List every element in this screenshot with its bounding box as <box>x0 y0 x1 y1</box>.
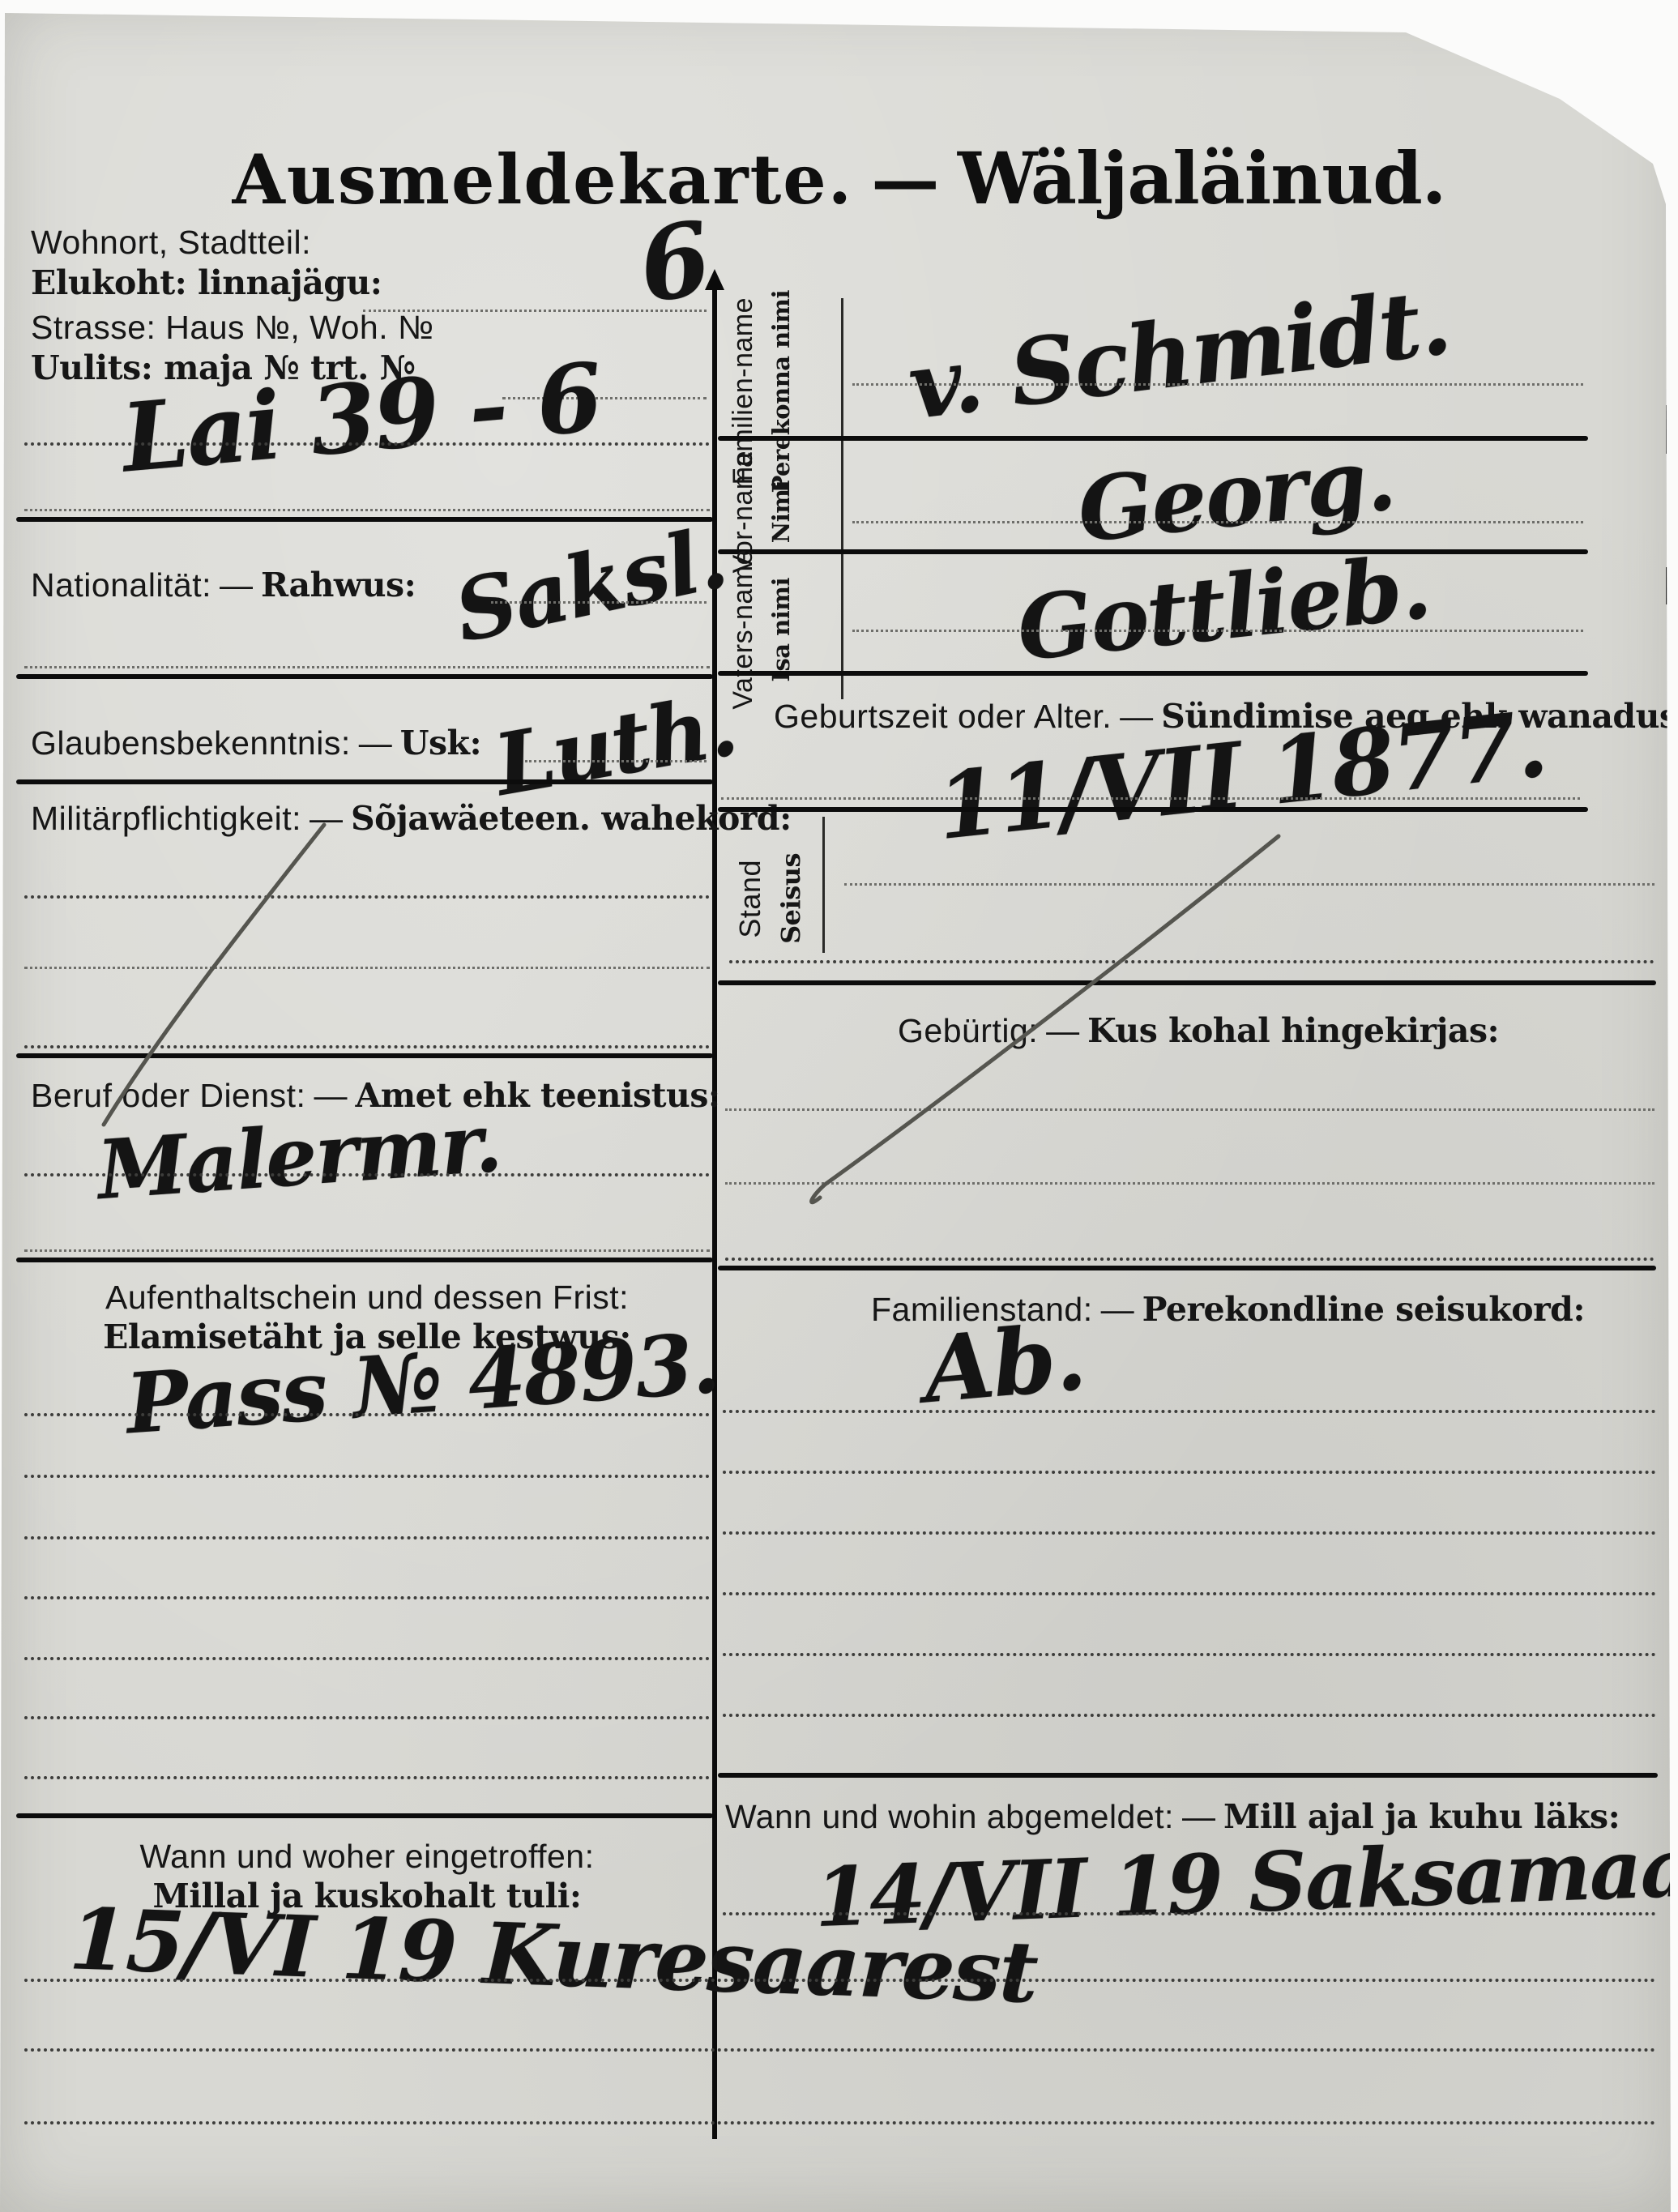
handwriting-nationality: Saksl. <box>446 507 734 661</box>
dotted-line <box>24 1413 710 1416</box>
dotted-line <box>24 1716 710 1719</box>
dotted-line <box>844 883 1655 886</box>
dotted-line <box>24 1045 710 1048</box>
label-dash: — <box>351 724 400 762</box>
handwriting-father-name: Gottlieb. <box>1013 536 1434 681</box>
dotted-line <box>725 1108 1655 1111</box>
dotted-line <box>729 960 1655 963</box>
label-religion-de: Glaubensbekenntnis: <box>31 724 351 762</box>
label-nationality: Nationalität:—Rahwus: <box>31 566 416 604</box>
card-title-estonian: Wäljaläinud. <box>958 136 1446 220</box>
label-dash: — <box>1038 1012 1087 1049</box>
label-military-et: Sõjawäeteen. wahekord: <box>351 799 792 838</box>
dotted-line <box>24 1536 710 1539</box>
label-registered-at-de: Gebürtig: <box>898 1012 1038 1049</box>
label-strasse: Strasse: Haus №, Woh. № <box>31 309 433 347</box>
dotted-line <box>24 2048 1656 2052</box>
label-religion: Glaubensbekenntnis:—Usk: <box>31 724 481 762</box>
dotted-line <box>24 1173 710 1176</box>
dotted-line <box>24 895 710 899</box>
dotted-line <box>24 666 710 668</box>
dotted-line <box>24 1475 710 1478</box>
dotted-line <box>24 509 710 511</box>
dotted-line <box>852 521 1583 523</box>
handwriting-first-name: Georg. <box>1073 428 1398 562</box>
label-registered-at: Gebürtig:—Kus kohal hingekirjas: <box>898 1011 1499 1050</box>
label-arrival-de: Wann und woher eingetroffen: <box>24 1838 710 1876</box>
rule-line <box>718 980 1656 985</box>
rule-line <box>16 517 713 522</box>
label-status-et: Seisus <box>775 853 806 944</box>
registration-card: Ausmeldekarte. — Wäljaläinud. Wohnort, S… <box>0 0 1678 2212</box>
dotted-line <box>723 1592 1656 1595</box>
label-occupation-de: Beruf oder Dienst: <box>31 1077 305 1114</box>
label-dash: — <box>211 566 261 604</box>
label-birth-de: Geburtszeit oder Alter. <box>774 698 1112 735</box>
dotted-line <box>24 1596 710 1599</box>
dotted-line <box>24 1249 710 1252</box>
dotted-line <box>723 1912 1656 1915</box>
dotted-line <box>723 1410 1656 1413</box>
dotted-line <box>24 2121 1656 2124</box>
rule-line <box>718 549 1588 554</box>
dotted-line <box>24 967 710 969</box>
dotted-line <box>24 1776 710 1779</box>
rule-line <box>822 817 825 953</box>
label-dash: — <box>1112 698 1161 735</box>
dotted-line <box>852 383 1583 386</box>
dotted-line <box>723 1653 1656 1656</box>
dotted-line <box>725 1258 1655 1261</box>
label-dash: — <box>1093 1291 1142 1328</box>
dotted-line <box>723 1714 1656 1717</box>
rule-line <box>841 563 843 699</box>
rule-line <box>718 1266 1656 1270</box>
scan-artifact <box>1666 567 1672 604</box>
label-elukoht: Elukoht: linnajägu: <box>31 263 382 302</box>
label-residence-permit-de: Aufenthaltschein und dessen Frist: <box>24 1279 710 1317</box>
dotted-line <box>721 797 1580 800</box>
dotted-line <box>525 760 707 762</box>
scan-artifact <box>1666 405 1672 454</box>
dotted-line <box>852 630 1583 632</box>
rule-line <box>16 1053 713 1058</box>
label-marital-status-et: Perekondline seisukord: <box>1142 1290 1585 1329</box>
handwriting-religion: Luth. <box>488 675 743 815</box>
dotted-line <box>725 1182 1655 1185</box>
label-status: Stand Seisus <box>733 822 806 976</box>
label-status-de: Stand <box>733 860 767 938</box>
card-title-german: Ausmeldekarte. <box>233 139 853 220</box>
label-first-name-et: Nimi <box>767 480 795 543</box>
title-separator: — <box>856 139 954 220</box>
label-father-name: Vaters-name Isa nimi <box>728 561 795 698</box>
label-registered-at-et: Kus kohal hingekirjas: <box>1087 1011 1499 1050</box>
rule-line <box>16 1258 713 1262</box>
dotted-line <box>24 1657 710 1660</box>
label-dash: — <box>1174 1798 1223 1835</box>
label-dash: — <box>301 800 351 837</box>
scanned-document: Ausmeldekarte. — Wäljaläinud. Wohnort, S… <box>0 0 1678 2212</box>
label-military: Militärpflichtigkeit:—Sõjawäeteen. wahek… <box>31 799 792 838</box>
dotted-line <box>491 601 707 604</box>
dotted-line <box>24 1979 1656 1982</box>
rule-line <box>16 1813 713 1818</box>
rule-line <box>718 1773 1658 1778</box>
card-title: Ausmeldekarte. — Wäljaläinud. <box>0 136 1678 220</box>
rule-line <box>16 674 713 679</box>
dotted-line <box>24 442 710 446</box>
handwriting-family-name: v. Schmidt. <box>903 269 1455 441</box>
rule-line <box>841 447 843 581</box>
rule-line <box>16 779 713 784</box>
dotted-line <box>723 1471 1656 1474</box>
rule-line <box>718 807 1588 812</box>
label-nationality-de: Nationalität: <box>31 566 211 604</box>
label-wohnort: Wohnort, Stadtteil: <box>31 224 311 262</box>
dotted-line <box>723 1531 1656 1535</box>
label-departure-de: Wann und wohin abgemeldet: <box>725 1798 1174 1835</box>
label-military-de: Militärpflichtigkeit: <box>31 800 301 837</box>
rule-line <box>718 671 1588 676</box>
label-religion-et: Usk: <box>400 724 481 762</box>
handwriting-marital-status: Ab. <box>920 1305 1089 1424</box>
label-father-name-et: Isa nimi <box>767 578 795 682</box>
label-nationality-et: Rahwus: <box>261 566 416 604</box>
label-father-name-de: Vaters-name <box>728 549 759 710</box>
rule-line <box>718 436 1588 441</box>
